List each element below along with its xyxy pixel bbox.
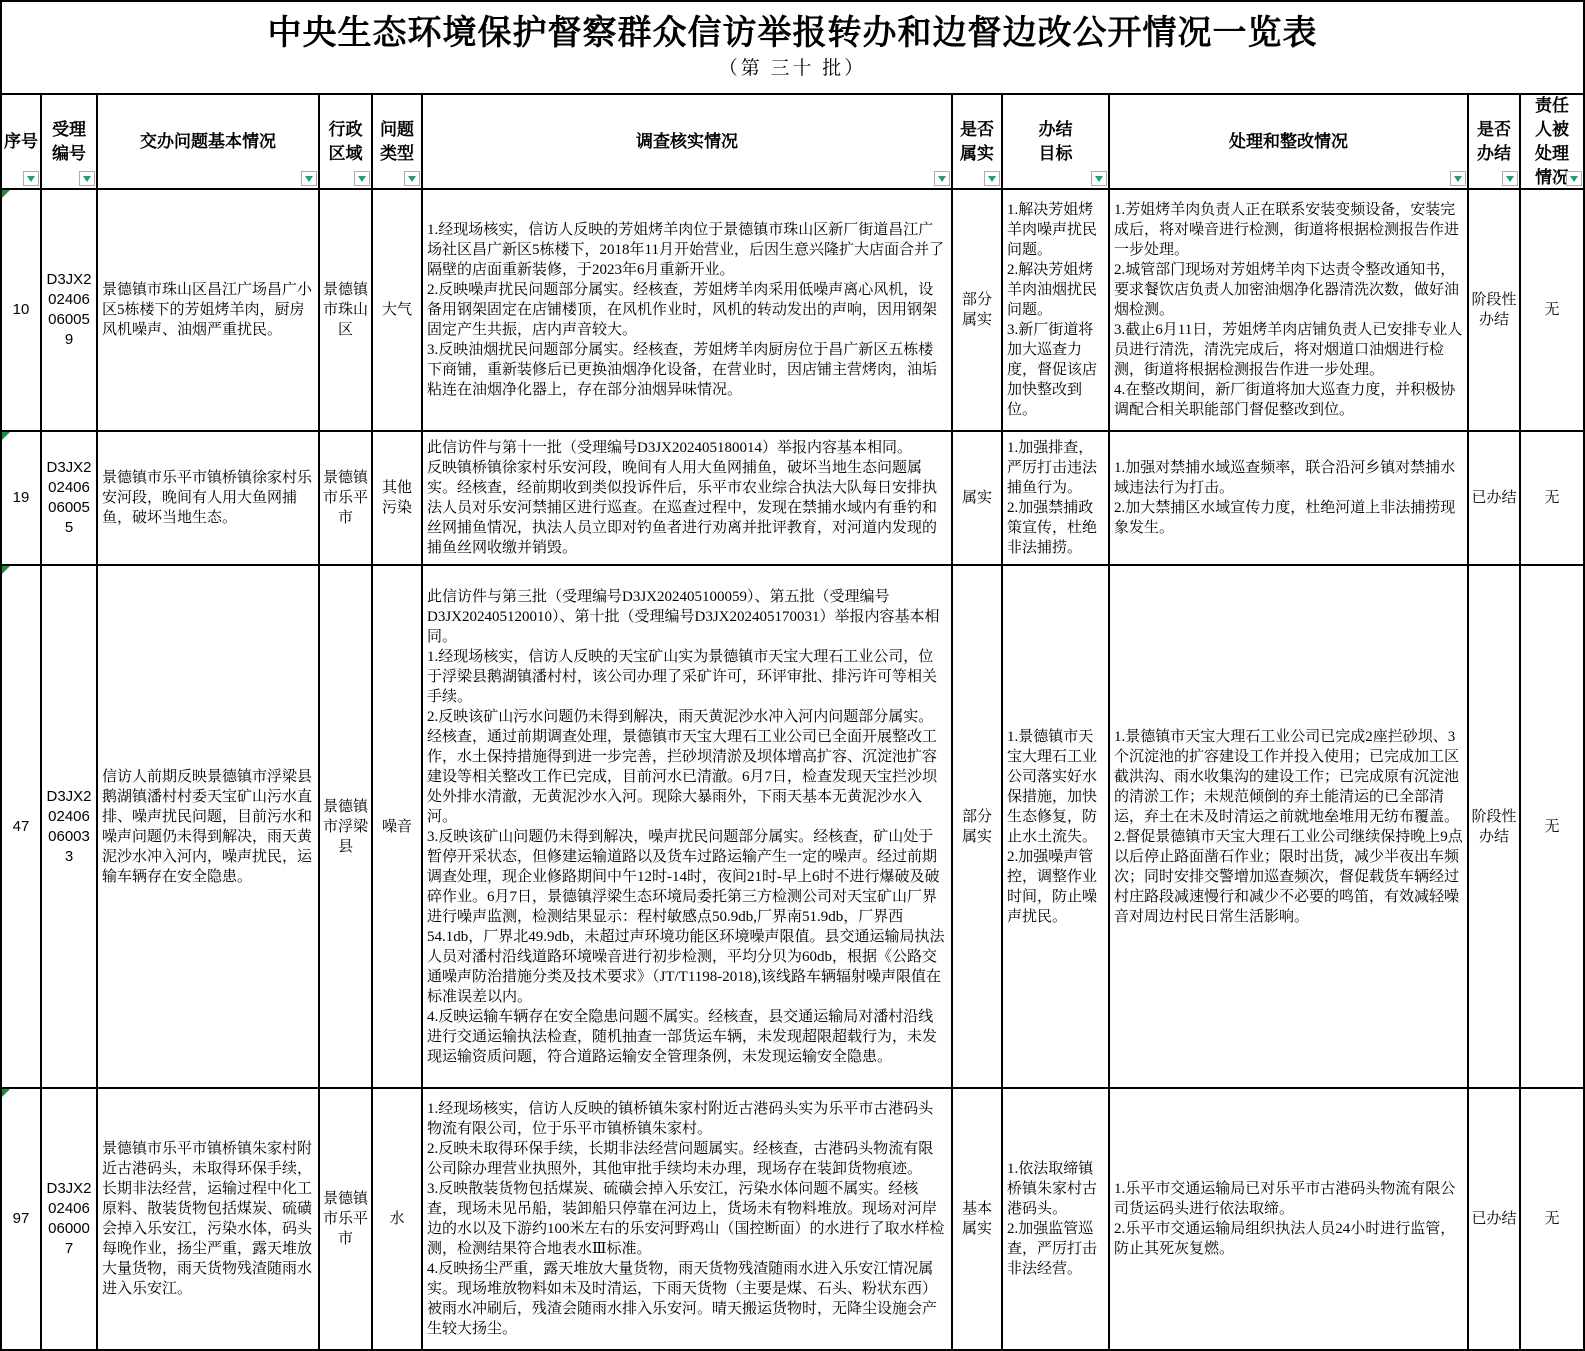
region-cell: 景德镇市乐平市 [320, 1089, 373, 1349]
region-value: 景德镇市浮梁县 [322, 797, 369, 857]
header-closed-label: 是否 办结 [1471, 118, 1517, 166]
accountability-value: 无 [1523, 1209, 1581, 1229]
header-case-no: 受理 编号 [42, 95, 98, 190]
header-problem-label: 交办问题基本情况 [100, 130, 316, 154]
filter-dropdown-icon[interactable] [354, 171, 370, 186]
filter-dropdown-icon[interactable] [79, 171, 95, 186]
title-band: 中央生态环境保护督察群众信访举报转办和边督边改公开情况一览表 （第 三十 批） [2, 2, 1583, 95]
type-value: 水 [375, 1209, 419, 1229]
triangle-down-glyph [408, 176, 416, 182]
page-title: 中央生态环境保护督察群众信访举报转办和边督边改公开情况一览表 [268, 14, 1318, 54]
goal-text: 1.景德镇市天宝大理石工业公司落实好水保措施，加快生态修复，防止水土流失。 2.… [1007, 727, 1104, 927]
goal-cell: 1.加强排查，严厉打击违法捕鱼行为。 2.加强禁捕政策宣传，杜绝非法捕捞。 [1003, 432, 1110, 566]
serial-cell: 47 [2, 566, 42, 1089]
header-case-no-label: 受理 编号 [44, 118, 94, 166]
region-cell: 景德镇市珠山区 [320, 190, 373, 432]
case-no-cell: D3JX202406060007 [42, 1089, 98, 1349]
handling-text: 1.芳姐烤羊肉负责人正在联系安装变频设备，安装完成后，将对噪音进行检测，街道将根… [1114, 200, 1463, 420]
type-cell: 其他污染 [373, 432, 423, 566]
goal-text: 1.加强排查，严厉打击违法捕鱼行为。 2.加强禁捕政策宣传，杜绝非法捕捞。 [1007, 438, 1104, 558]
verdict-cell: 属实 [953, 432, 1003, 566]
type-value: 大气 [375, 300, 419, 320]
header-verdict: 是否 属实 [953, 95, 1003, 190]
header-region-label: 行政 区域 [322, 118, 369, 166]
triangle-down-glyph [1570, 176, 1578, 182]
goal-text: 1.解决芳姐烤羊肉噪声扰民问题。 2.解决芳姐烤羊肉油烟扰民问题。 3.新厂街道… [1007, 200, 1104, 420]
verdict-cell: 基本属实 [953, 1089, 1003, 1349]
header-closed: 是否 办结 [1469, 95, 1521, 190]
type-value: 其他污染 [375, 478, 419, 518]
closed-cell: 阶段性办结 [1469, 566, 1521, 1089]
verdict-value: 部分属实 [955, 290, 999, 330]
type-value: 噪音 [375, 817, 419, 837]
region-value: 景德镇市乐平市 [322, 1189, 369, 1249]
problem-text: 景德镇市乐平市镇桥镇徐家村乐安河段，晚间有人用大鱼网捕鱼，破坏当地生态。 [102, 468, 314, 528]
goal-cell: 1.解决芳姐烤羊肉噪声扰民问题。 2.解决芳姐烤羊肉油烟扰民问题。 3.新厂街道… [1003, 190, 1110, 432]
region-cell: 景德镇市乐平市 [320, 432, 373, 566]
problem-cell: 景德镇市乐平市镇桥镇徐家村乐安河段，晚间有人用大鱼网捕鱼，破坏当地生态。 [98, 432, 320, 566]
filter-dropdown-icon[interactable] [934, 171, 950, 186]
goal-text: 1.依法取缔镇桥镇朱家村古港码头。 2.加强监管巡查，严厉打击非法经营。 [1007, 1159, 1104, 1279]
case-no-value: D3JX202406060055 [44, 458, 94, 538]
investigation-text: 此信访件与第三批（受理编号D3JX202405100059）、第五批（受理编号D… [427, 587, 947, 1067]
problem-cell: 景德镇市乐平市镇桥镇朱家村附近古港码头，未取得环保手续，长期非法经营，运输过程中… [98, 1089, 320, 1349]
handling-text: 1.乐平市交通运输局已对乐平市古港码头物流有限公司货运码头进行依法取缔。 2.乐… [1114, 1179, 1463, 1259]
serial-cell: 10 [2, 190, 42, 432]
triangle-down-glyph [305, 176, 313, 182]
cell-error-indicator-icon [2, 190, 10, 198]
handling-text: 1.加强对禁捕水域巡查频率，联合沿河乡镇对禁捕水域违法行为打击。 2.加大禁捕区… [1114, 458, 1463, 538]
header-handling-label: 处理和整改情况 [1112, 130, 1465, 154]
triangle-down-glyph [1506, 176, 1514, 182]
accountability-value: 无 [1523, 300, 1581, 320]
triangle-down-glyph [358, 176, 366, 182]
serial-value: 47 [4, 817, 38, 837]
investigation-text: 1.经现场核实，信访人反映的镇桥镇朱家村附近古港码头实为乐平市古港码头物流有限公… [427, 1099, 947, 1339]
closed-value: 已办结 [1471, 488, 1517, 508]
region-value: 景德镇市乐平市 [322, 468, 369, 528]
disclosure-table: 中央生态环境保护督察群众信访举报转办和边督边改公开情况一览表 （第 三十 批） … [0, 0, 1585, 1351]
closed-value: 阶段性办结 [1471, 290, 1517, 330]
accountability-cell: 无 [1521, 432, 1583, 566]
serial-cell: 19 [2, 432, 42, 566]
handling-cell: 1.芳姐烤羊肉负责人正在联系安装变频设备，安装完成后，将对噪音进行检测，街道将根… [1110, 190, 1469, 432]
handling-cell: 1.景德镇市天宝大理石工业公司已完成2座拦砂坝、3个沉淀池的扩容建设工作并投入使… [1110, 566, 1469, 1089]
case-no-value: D3JX202406060059 [44, 270, 94, 350]
verdict-value: 基本属实 [955, 1199, 999, 1239]
closed-cell: 已办结 [1469, 1089, 1521, 1349]
header-investigation-label: 调查核实情况 [425, 130, 949, 154]
accountability-value: 无 [1523, 817, 1581, 837]
case-no-cell: D3JX202406060033 [42, 566, 98, 1089]
header-goal: 办结 目标 [1003, 95, 1110, 190]
accountability-cell: 无 [1521, 190, 1583, 432]
verdict-value: 属实 [955, 488, 999, 508]
filter-dropdown-icon[interactable] [404, 171, 420, 186]
header-type-label: 问题 类型 [375, 118, 419, 166]
region-cell: 景德镇市浮梁县 [320, 566, 373, 1089]
header-problem: 交办问题基本情况 [98, 95, 320, 190]
triangle-down-glyph [938, 176, 946, 182]
verdict-cell: 部分属实 [953, 190, 1003, 432]
verdict-cell: 部分属实 [953, 566, 1003, 1089]
handling-text: 1.景德镇市天宝大理石工业公司已完成2座拦砂坝、3个沉淀池的扩容建设工作并投入使… [1114, 727, 1463, 927]
investigation-cell: 此信访件与第十一批（受理编号D3JX202405180014）举报内容基本相同。… [423, 432, 953, 566]
investigation-cell: 1.经现场核实，信访人反映的镇桥镇朱家村附近古港码头实为乐平市古港码头物流有限公… [423, 1089, 953, 1349]
case-no-value: D3JX202406060033 [44, 787, 94, 867]
header-serial-label: 序号 [4, 130, 38, 154]
investigation-text: 此信访件与第十一批（受理编号D3JX202405180014）举报内容基本相同。… [427, 438, 947, 558]
accountability-cell: 无 [1521, 566, 1583, 1089]
filter-dropdown-icon[interactable] [1450, 171, 1466, 186]
case-no-cell: D3JX202406060055 [42, 432, 98, 566]
verdict-value: 部分属实 [955, 807, 999, 847]
filter-dropdown-icon[interactable] [1502, 171, 1518, 186]
investigation-cell: 1.经现场核实，信访人反映的芳姐烤羊肉位于景德镇市珠山区新厂街道昌江广场社区昌广… [423, 190, 953, 432]
header-region: 行政 区域 [320, 95, 373, 190]
investigation-cell: 此信访件与第三批（受理编号D3JX202405100059）、第五批（受理编号D… [423, 566, 953, 1089]
triangle-down-glyph [988, 176, 996, 182]
header-serial: 序号 [2, 95, 42, 190]
header-handling: 处理和整改情况 [1110, 95, 1469, 190]
type-cell: 水 [373, 1089, 423, 1349]
filter-dropdown-icon[interactable] [1091, 171, 1107, 186]
header-investigation: 调查核实情况 [423, 95, 953, 190]
problem-cell: 景德镇市珠山区昌江广场昌广小区5栋楼下的芳姐烤羊肉，厨房风机噪声、油烟严重扰民。 [98, 190, 320, 432]
filter-dropdown-icon[interactable] [1566, 171, 1582, 186]
accountability-value: 无 [1523, 488, 1581, 508]
goal-cell: 1.景德镇市天宝大理石工业公司落实好水保措施，加快生态修复，防止水土流失。 2.… [1003, 566, 1110, 1089]
closed-value: 阶段性办结 [1471, 807, 1517, 847]
closed-value: 已办结 [1471, 1209, 1517, 1229]
problem-text: 景德镇市珠山区昌江广场昌广小区5栋楼下的芳姐烤羊肉，厨房风机噪声、油烟严重扰民。 [102, 280, 314, 340]
header-accountability: 责任 人被 处理 情况 [1521, 95, 1583, 190]
header-verdict-label: 是否 属实 [955, 118, 999, 166]
filter-dropdown-icon[interactable] [984, 171, 1000, 186]
type-cell: 噪音 [373, 566, 423, 1089]
case-no-cell: D3JX202406060059 [42, 190, 98, 432]
type-cell: 大气 [373, 190, 423, 432]
header-type: 问题 类型 [373, 95, 423, 190]
handling-cell: 1.加强对禁捕水域巡查频率，联合沿河乡镇对禁捕水域违法行为打击。 2.加大禁捕区… [1110, 432, 1469, 566]
serial-value: 19 [4, 488, 38, 508]
serial-cell: 97 [2, 1089, 42, 1349]
triangle-down-glyph [27, 176, 35, 182]
problem-text: 信访人前期反映景德镇市浮梁县鹅湖镇潘村村委天宝矿山污水直排、噪声扰民问题，目前污… [102, 767, 314, 887]
serial-value: 10 [4, 300, 38, 320]
problem-text: 景德镇市乐平市镇桥镇朱家村附近古港码头，未取得环保手续，长期非法经营，运输过程中… [102, 1139, 314, 1299]
header-goal-label: 办结 目标 [1005, 118, 1106, 166]
triangle-down-glyph [83, 176, 91, 182]
cell-error-indicator-icon [2, 432, 10, 440]
closed-cell: 已办结 [1469, 432, 1521, 566]
handling-cell: 1.乐平市交通运输局已对乐平市古港码头物流有限公司货运码头进行依法取缔。 2.乐… [1110, 1089, 1469, 1349]
accountability-cell: 无 [1521, 1089, 1583, 1349]
page-subtitle: （第 三十 批） [719, 57, 867, 81]
triangle-down-glyph [1095, 176, 1103, 182]
case-no-value: D3JX202406060007 [44, 1179, 94, 1259]
cell-error-indicator-icon [2, 1089, 10, 1097]
cell-error-indicator-icon [2, 566, 10, 574]
region-value: 景德镇市珠山区 [322, 280, 369, 340]
filter-dropdown-icon[interactable] [301, 171, 317, 186]
closed-cell: 阶段性办结 [1469, 190, 1521, 432]
serial-value: 97 [4, 1209, 38, 1229]
investigation-text: 1.经现场核实，信访人反映的芳姐烤羊肉位于景德镇市珠山区新厂街道昌江广场社区昌广… [427, 220, 947, 400]
goal-cell: 1.依法取缔镇桥镇朱家村古港码头。 2.加强监管巡查，严厉打击非法经营。 [1003, 1089, 1110, 1349]
problem-cell: 信访人前期反映景德镇市浮梁县鹅湖镇潘村村委天宝矿山污水直排、噪声扰民问题，目前污… [98, 566, 320, 1089]
triangle-down-glyph [1454, 176, 1462, 182]
filter-dropdown-icon[interactable] [23, 171, 39, 186]
